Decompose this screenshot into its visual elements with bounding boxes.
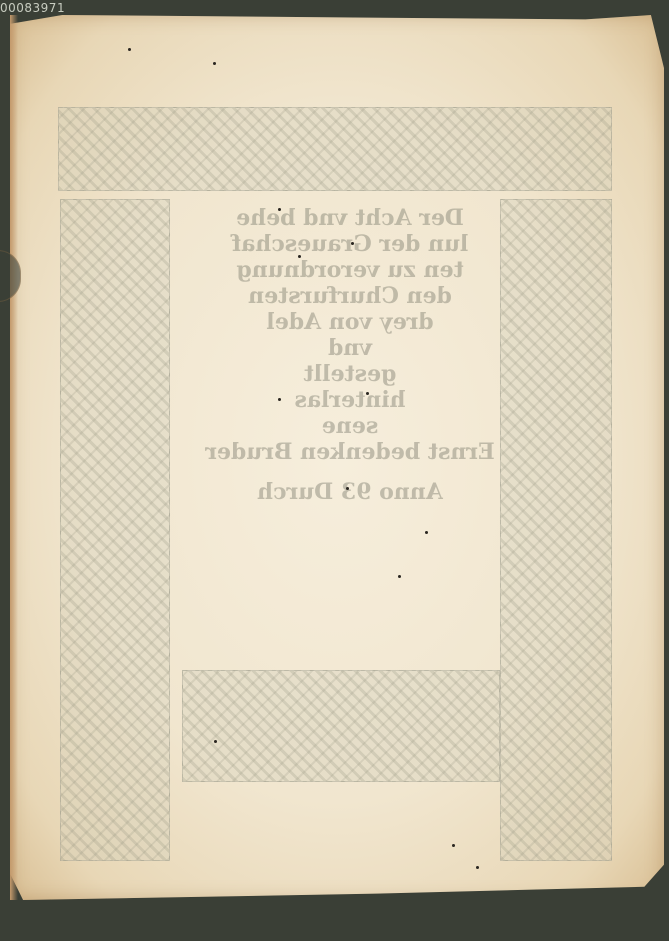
text-line: hinterlas <box>180 387 520 413</box>
ink-speck <box>128 48 131 51</box>
ornament-left-column <box>60 199 170 861</box>
spacer <box>180 465 520 479</box>
ink-speck <box>346 487 349 490</box>
text-line: drey von Adel <box>180 309 520 335</box>
text-line: den Churfursten <box>180 283 520 309</box>
ink-speck <box>213 62 216 65</box>
scan-identifier: 00083971 <box>0 1 65 15</box>
ink-speck <box>476 866 479 869</box>
text-line: Der Acht vnd behe <box>180 205 520 231</box>
text-line: ten zu verordnung <box>180 257 520 283</box>
text-line: vnd <box>180 335 520 361</box>
show-through-title-text: Der Acht vnd behe lun der Graueschaf ten… <box>180 205 520 505</box>
ink-speck <box>278 398 281 401</box>
ink-speck <box>452 844 455 847</box>
text-line: lun der Graueschaf <box>180 231 520 257</box>
text-line: sene <box>180 413 520 439</box>
text-line: Anno 93 Durch <box>180 479 520 505</box>
text-line: gestellt <box>180 361 520 387</box>
ink-speck <box>425 531 428 534</box>
ink-speck <box>366 392 369 395</box>
text-line: Ernst bedenken Bruder <box>180 439 520 465</box>
ink-speck <box>398 575 401 578</box>
page-edge-stain <box>10 15 18 900</box>
ornament-bottom-band <box>182 670 500 782</box>
ink-speck <box>351 242 354 245</box>
ink-speck <box>214 740 217 743</box>
ink-speck <box>278 208 281 211</box>
ink-speck <box>298 255 301 258</box>
ornament-top-band <box>58 107 612 191</box>
